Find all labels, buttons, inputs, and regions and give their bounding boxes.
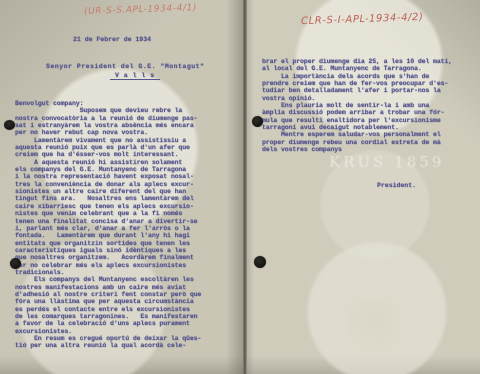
typed-line: per no haver rebut cap nova vostra. <box>15 129 241 136</box>
hole-punch <box>254 256 266 268</box>
typed-line: tió per una altra reunió la qual acordà … <box>15 342 241 349</box>
typed-line: nistes que venim celebrant que a la fi n… <box>15 210 241 217</box>
typed-line: Lamentàrem vivament que no assistíssiu a <box>15 137 241 144</box>
typed-line: que nosaltres organitzem. Acordàrem fina… <box>15 254 241 261</box>
typed-line: mula que resulti enaltidora per l'excurs… <box>262 117 474 124</box>
typed-line: vostra opinió. <box>262 95 474 102</box>
typed-line: creiem que ha d'ésser-vos molt interessa… <box>15 151 241 158</box>
typed-line: tingut fins ara. Nosaltres ens lamentàre… <box>15 195 241 202</box>
letter-page-2: CLR-S-I-APL-1934-4/2) KRUS 1859 brar el … <box>247 0 480 374</box>
typed-line: dels vostres companys <box>262 146 474 153</box>
typed-line: entitats que organitzin sortides que ten… <box>15 240 241 247</box>
typed-line: per no celebrar més els aplecs excursion… <box>15 262 241 269</box>
typed-line: tenen una finalitat concisa d'anar a div… <box>15 218 241 225</box>
typed-line: fontada. Lamentàrem que durant l'any hi … <box>15 232 241 239</box>
hole-punch <box>252 116 263 127</box>
letter-date: 21 de Febrer de 1934 <box>73 36 151 44</box>
recipient-city: V a l l s <box>110 72 160 80</box>
typed-line: Mentre esperem saludar-vos personalment … <box>262 131 474 138</box>
typed-line: es perdés el contacte entre els excursio… <box>15 306 241 313</box>
typed-line: àmplia discussió podem arribar a trobar … <box>262 109 474 116</box>
letter-body-page2: brar el proper diumenge dia 25, a les 10… <box>262 58 474 153</box>
paper-watermark: KRUS 1859 <box>329 153 444 171</box>
typed-line: A aquesta reunió hi assistiren solament <box>15 159 241 166</box>
typed-line: excursionistes. <box>15 328 241 335</box>
recipient-city-line: V a l l s <box>110 72 160 80</box>
archival-reference-page2: CLR-S-I-APL-1934-4/2) <box>301 12 424 27</box>
typed-line: Els companys del Muntanyenc escoltàren l… <box>15 276 241 283</box>
paper-emblem-watermark <box>347 300 403 364</box>
typed-line: al local del G.E. Muntanyenc de Tarragon… <box>262 65 474 72</box>
archival-reference-page1: (UR-S-S.APL-1934-4/1) <box>84 3 197 17</box>
typed-line: nostres manifestacions amb un caire més … <box>15 284 241 291</box>
typed-line: fóra una llàstima que per aquesta circum… <box>15 298 241 305</box>
signature-line: President. <box>377 182 416 190</box>
hole-punch <box>10 258 21 269</box>
typed-line: La importància dels acords que s'han de <box>262 73 474 80</box>
typed-line: a favor de la celebració d'uns aplecs pu… <box>15 320 241 327</box>
letter-body-page1: Benvolgut company: Suposem que devieu re… <box>15 100 241 350</box>
hole-punch <box>4 120 15 130</box>
typed-line: tudiar ben detalladament l'afer i portar… <box>262 87 474 94</box>
typed-line: nostra convocatòria a la reunió de diume… <box>15 115 241 122</box>
letter-scan: (UR-S-S.APL-1934-4/1) 21 de Febrer de 19… <box>0 0 480 374</box>
recipient-line: Senyor President del G.E. "Montagut" <box>46 63 204 71</box>
letter-page-1: (UR-S-S.APL-1934-4/1) 21 de Febrer de 19… <box>0 0 243 374</box>
typed-line: i la nostra representació havent exposat… <box>15 173 241 180</box>
typed-line: Suposem que devieu rebre la <box>15 107 241 114</box>
